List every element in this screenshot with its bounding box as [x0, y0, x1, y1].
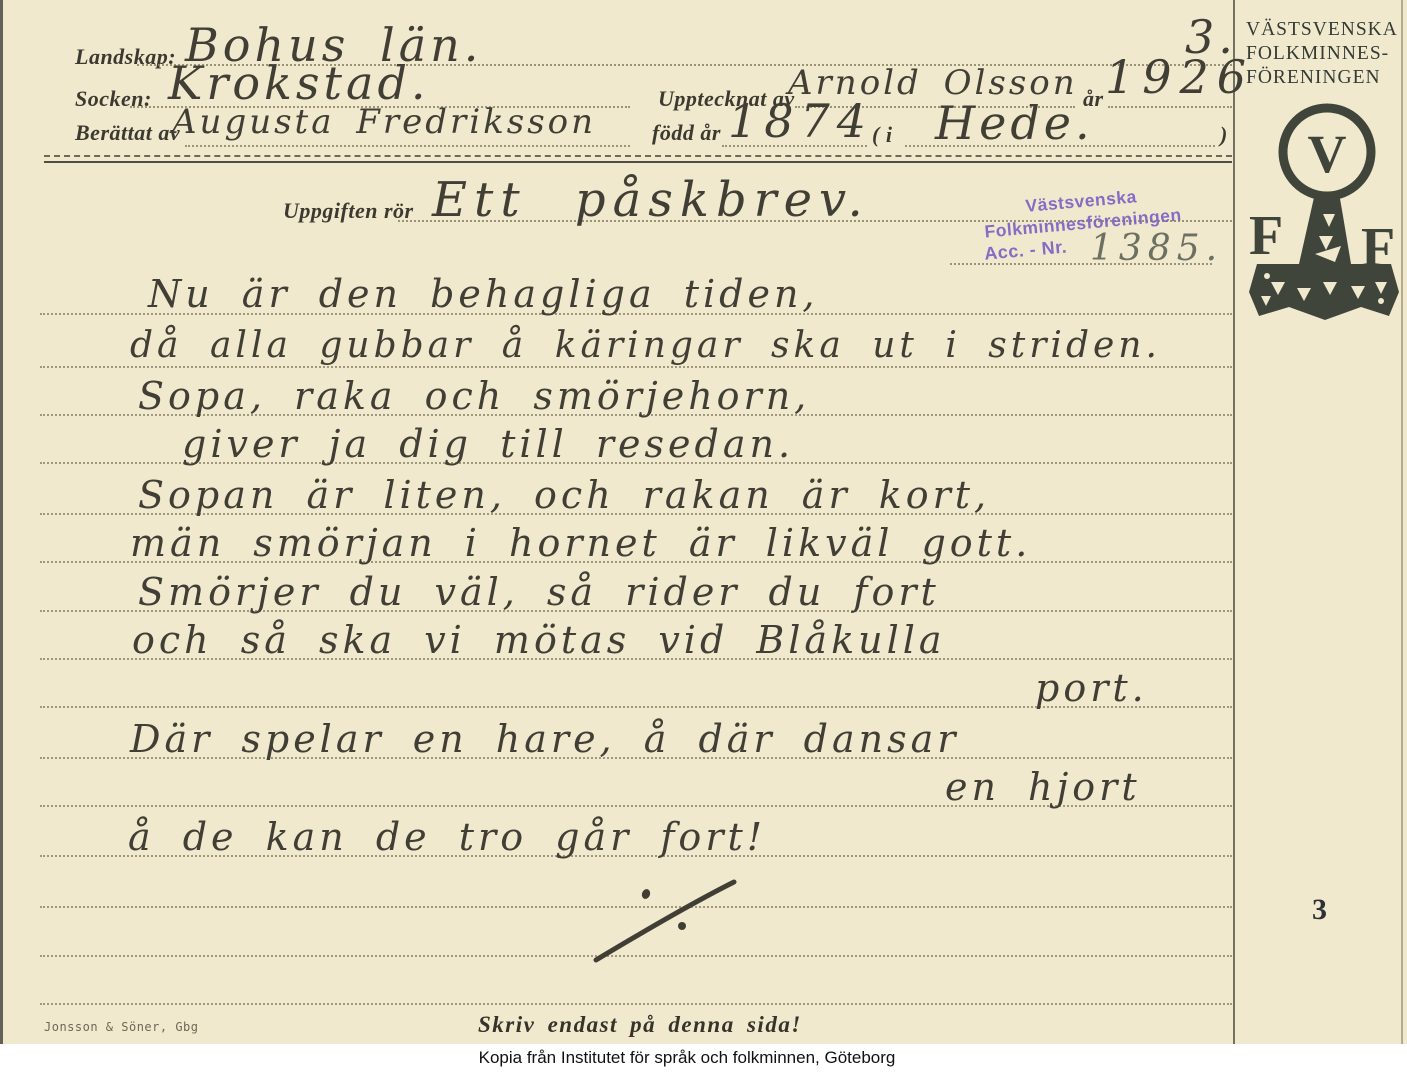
verse-line: en hjort	[945, 768, 1141, 806]
verse-line: Sopan är liten, och rakan är kort,	[138, 476, 990, 514]
org-name-line-1: VÄSTSVENSKA	[1246, 18, 1398, 42]
ar-dotted-line	[1108, 106, 1232, 108]
thors-hammer-icon: V F F	[1243, 96, 1405, 331]
organisation-name: VÄSTSVENSKA FOLKMINNES- FÖRENINGEN	[1246, 18, 1398, 90]
ruled-line	[40, 1003, 1232, 1005]
margin-separator-line	[1233, 0, 1235, 1044]
verse-line: Nu är den behagliga tiden,	[148, 275, 819, 313]
logo-letter-v: V	[1308, 124, 1347, 184]
socken-value: Krokstad.	[168, 60, 430, 106]
socken-label: Socken:	[75, 86, 152, 112]
org-name-line-2: FOLKMINNES-	[1246, 42, 1398, 66]
berattat-dotted-line	[185, 145, 630, 147]
verse-line: och så ska vi mötas vid Blåkulla	[132, 621, 946, 659]
verse-line: giver ja dig till resedan.	[182, 425, 794, 463]
org-name-line-3: FÖRENINGEN	[1246, 66, 1398, 90]
page-number-bottom: 3	[1312, 893, 1327, 927]
landskap-label: Landskap:	[75, 44, 176, 70]
scanned-form-page: Landskap: Bohus län. 3. Socken: Krokstad…	[0, 0, 1407, 1074]
fodd-label: född år	[652, 120, 721, 146]
printer-mark: Jonsson & Söner, Gbg	[44, 1020, 199, 1034]
copy-note: Kopia från Institutet för språk och folk…	[0, 1048, 1374, 1068]
scan-edge	[0, 0, 3, 1074]
thors-hammer-logo: V F F	[1243, 96, 1405, 331]
paren-open: ( i	[872, 122, 892, 148]
verse-line: Smörjer du väl, så rider du fort	[138, 573, 940, 611]
subject-label: Uppgiften rör	[283, 198, 414, 224]
verse-line: män smörjan i hornet är likväl gott.	[130, 524, 1031, 562]
ruled-line	[40, 366, 1232, 368]
header-separator-dashed	[44, 155, 1232, 157]
header-separator-solid	[44, 161, 1232, 163]
verse-line: å de kan de tro går fort!	[128, 818, 766, 856]
end-flourish	[588, 868, 748, 963]
subject-value: Ett påskbrev.	[432, 176, 870, 224]
fodd-value: 1874	[728, 98, 873, 144]
ar-value: 1926	[1105, 54, 1254, 100]
verse-line: Sopa, raka och smörjehorn,	[138, 377, 810, 415]
paren-close: )	[1220, 122, 1228, 148]
logo-letter-f-left: F	[1249, 205, 1283, 267]
verse-line: port.	[1035, 669, 1148, 707]
fodd-place-value: Hede.	[935, 100, 1094, 146]
footer-instruction: Skriv endast på denna sida!	[478, 1012, 802, 1038]
berattat-value: Augusta Fredriksson	[172, 105, 596, 139]
verse-line: Där spelar en hare, å där dansar	[130, 720, 959, 758]
berattat-label: Berättat av	[75, 120, 180, 146]
verse-line: då alla gubbar å käringar ska ut i strid…	[130, 328, 1161, 364]
flourish-icon	[588, 868, 748, 963]
stamp-dotted-line	[950, 263, 1212, 265]
